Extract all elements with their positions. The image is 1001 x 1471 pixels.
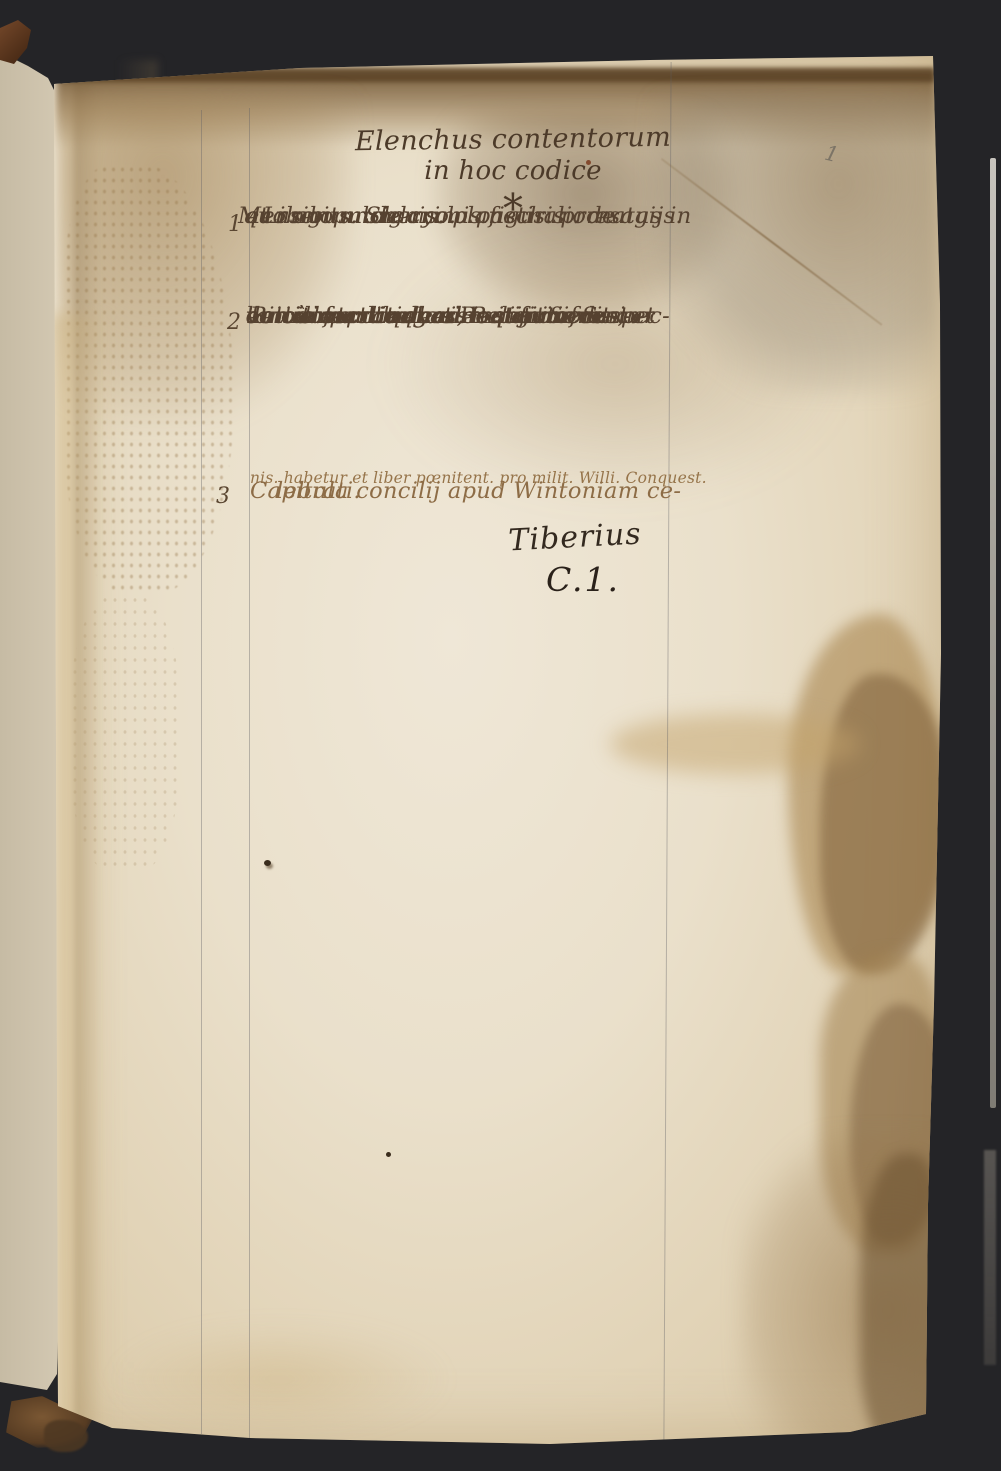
- stain-bottom-right-dark: [860, 1154, 950, 1464]
- manuscript-line: eo citatur libellus Romani ordi-: [246, 304, 611, 329]
- stain-top-right-corner: [650, 94, 940, 394]
- page-edge-sliver: [990, 158, 996, 1108]
- manuscript-page: Elenchus contentorum in hoc codice ∗ 1 L…: [50, 54, 942, 1446]
- page-edge-sliver-lower: [984, 1150, 996, 1365]
- item-3-number: 3: [216, 484, 230, 509]
- binding-frayed-tuft-dark: [44, 1420, 88, 1452]
- title-block: Elenchus contentorum in hoc codice ∗: [338, 124, 688, 214]
- stain-right-large-dark: [820, 674, 950, 974]
- shelfmark-code: C.1.: [528, 560, 638, 599]
- stain-top-edge: [60, 68, 934, 82]
- stain-horizontal-smear: [610, 714, 860, 774]
- title-line-1: Elenchus contentorum: [338, 122, 688, 158]
- stain-bottom-left: [110, 1324, 450, 1434]
- ruled-line-left-outer: [201, 110, 202, 1434]
- manuscript-line: lebrati.: [246, 480, 361, 503]
- ink-speck: [264, 860, 271, 866]
- shelfmark-name: Tiberius: [499, 516, 651, 559]
- stain-left-margin-strip: [50, 314, 114, 1424]
- item-2-number: 2: [227, 310, 241, 335]
- photograph-background: Elenchus contentorum in hoc codice ∗ 1 L…: [0, 0, 1001, 1471]
- binding-leather-fragment: [0, 20, 36, 68]
- manuscript-line: et anno mundano.: [238, 204, 456, 229]
- ink-speck: [386, 1152, 391, 1157]
